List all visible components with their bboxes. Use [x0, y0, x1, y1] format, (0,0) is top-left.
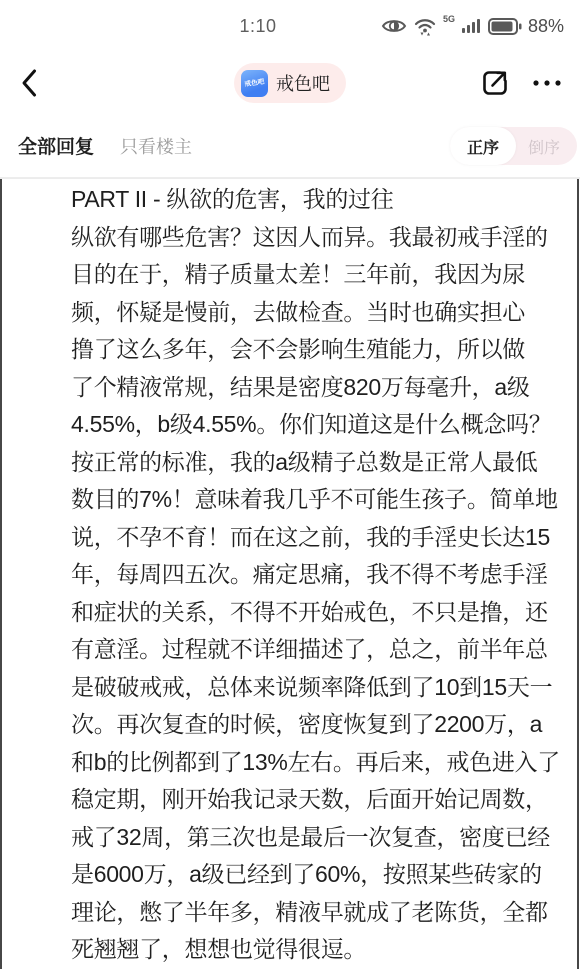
post-text-line: 和b的比例都到了13%左右。再后来，戒色进入了 [71, 744, 558, 782]
sort-order-toggle: 正序 倒序 [450, 127, 577, 165]
status-bar: 1:10 5G [0, 0, 580, 52]
forum-name-label: 戒色吧 [276, 70, 330, 96]
image-left-edge [0, 179, 2, 969]
share-button[interactable] [480, 68, 510, 98]
post-text-line: 年，每周四五次。痛定思痛，我不得不考虑手淫 [71, 556, 558, 594]
nav-bar: 戒色吧 戒色吧 [0, 52, 580, 114]
sort-ascending-button[interactable]: 正序 [450, 127, 516, 165]
battery-icon [488, 18, 522, 35]
post-text-line: 频，怀疑是慢前，去做检查。当时也确实担心 [71, 294, 558, 332]
tab-all-replies[interactable]: 全部回复 [18, 132, 94, 159]
post-text-line: 4.55%，b级4.55%。你们知道这是什么概念吗？ [71, 406, 558, 444]
forum-avatar: 戒色吧 [241, 70, 268, 97]
post-text-line: 稳定期，刚开始我记录天数，后面开始记周数， [71, 781, 558, 819]
tab-op-only[interactable]: 只看楼主 [120, 133, 192, 159]
post-text-line: PART II - 纵欲的危害，我的过往 [71, 181, 558, 219]
sort-descending-button[interactable]: 倒序 [516, 127, 577, 165]
post-content-image[interactable]: PART II - 纵欲的危害，我的过往 纵欲有哪些危害？这因人而异。我最初戒手… [0, 178, 580, 969]
post-text-line: 和症状的关系，不得不开始戒色，不只是撸，还 [71, 594, 558, 632]
post-text-line: 死翘翘了，想想也觉得很逗。 [71, 931, 558, 969]
eye-protection-icon [381, 17, 407, 35]
post-text-line: 目的在于，精子质量太差！三年前，我因为尿 [71, 256, 558, 294]
back-button[interactable] [20, 66, 50, 100]
post-text: PART II - 纵欲的危害，我的过往 纵欲有哪些危害？这因人而异。我最初戒手… [71, 181, 558, 969]
post-text-line: 了个精液常规，结果是密度820万每毫升，a级 [71, 369, 558, 407]
post-text-line: 纵欲有哪些危害？这因人而异。我最初戒手淫的 [71, 219, 558, 257]
nav-actions [480, 52, 562, 114]
post-text-line: 撸了这么多年，会不会影响生殖能力，所以做 [71, 331, 558, 369]
share-icon [480, 68, 510, 98]
post-text-line: 说，不孕不育！而在这之前，我的手淫史长达15 [71, 519, 558, 557]
network-type-label: 5G [443, 14, 455, 24]
forum-avatar-text: 戒色吧 [244, 77, 265, 89]
app-screen: 1:10 5G [0, 0, 580, 969]
more-button[interactable] [532, 78, 562, 88]
image-right-edge [577, 179, 579, 969]
signal-strength-icon [462, 18, 482, 34]
post-text-line: 数目的7%！意味着我几乎不可能生孩子。简单地 [71, 481, 558, 519]
chevron-left-icon [20, 68, 38, 98]
post-text-line: 理论，憋了半年多，精液早就成了老陈货，全都 [71, 894, 558, 932]
status-icons: 5G 88% [381, 0, 564, 52]
reply-filter-bar: 全部回复 只看楼主 正序 倒序 [0, 114, 580, 178]
wifi-icon [413, 17, 437, 36]
post-text-line: 戒了32周，第三次也是最后一次复查，密度已经 [71, 819, 558, 857]
post-text-line: 按正常的标准，我的a级精子总数是正常人最低 [71, 444, 558, 482]
more-dots-icon [532, 78, 562, 88]
post-text-line: 次。再次复查的时候，密度恢复到了2200万，a [71, 706, 558, 744]
battery-percent-label: 88% [528, 16, 564, 37]
post-text-line: 是破破戒戒，总体来说频率降低到了10到15天一 [71, 669, 558, 707]
post-text-line: 有意淫。过程就不详细描述了，总之，前半年总 [71, 631, 558, 669]
post-text-line: 是6000万，a级已经到了60%，按照某些砖家的 [71, 856, 558, 894]
forum-pill[interactable]: 戒色吧 戒色吧 [234, 63, 346, 103]
